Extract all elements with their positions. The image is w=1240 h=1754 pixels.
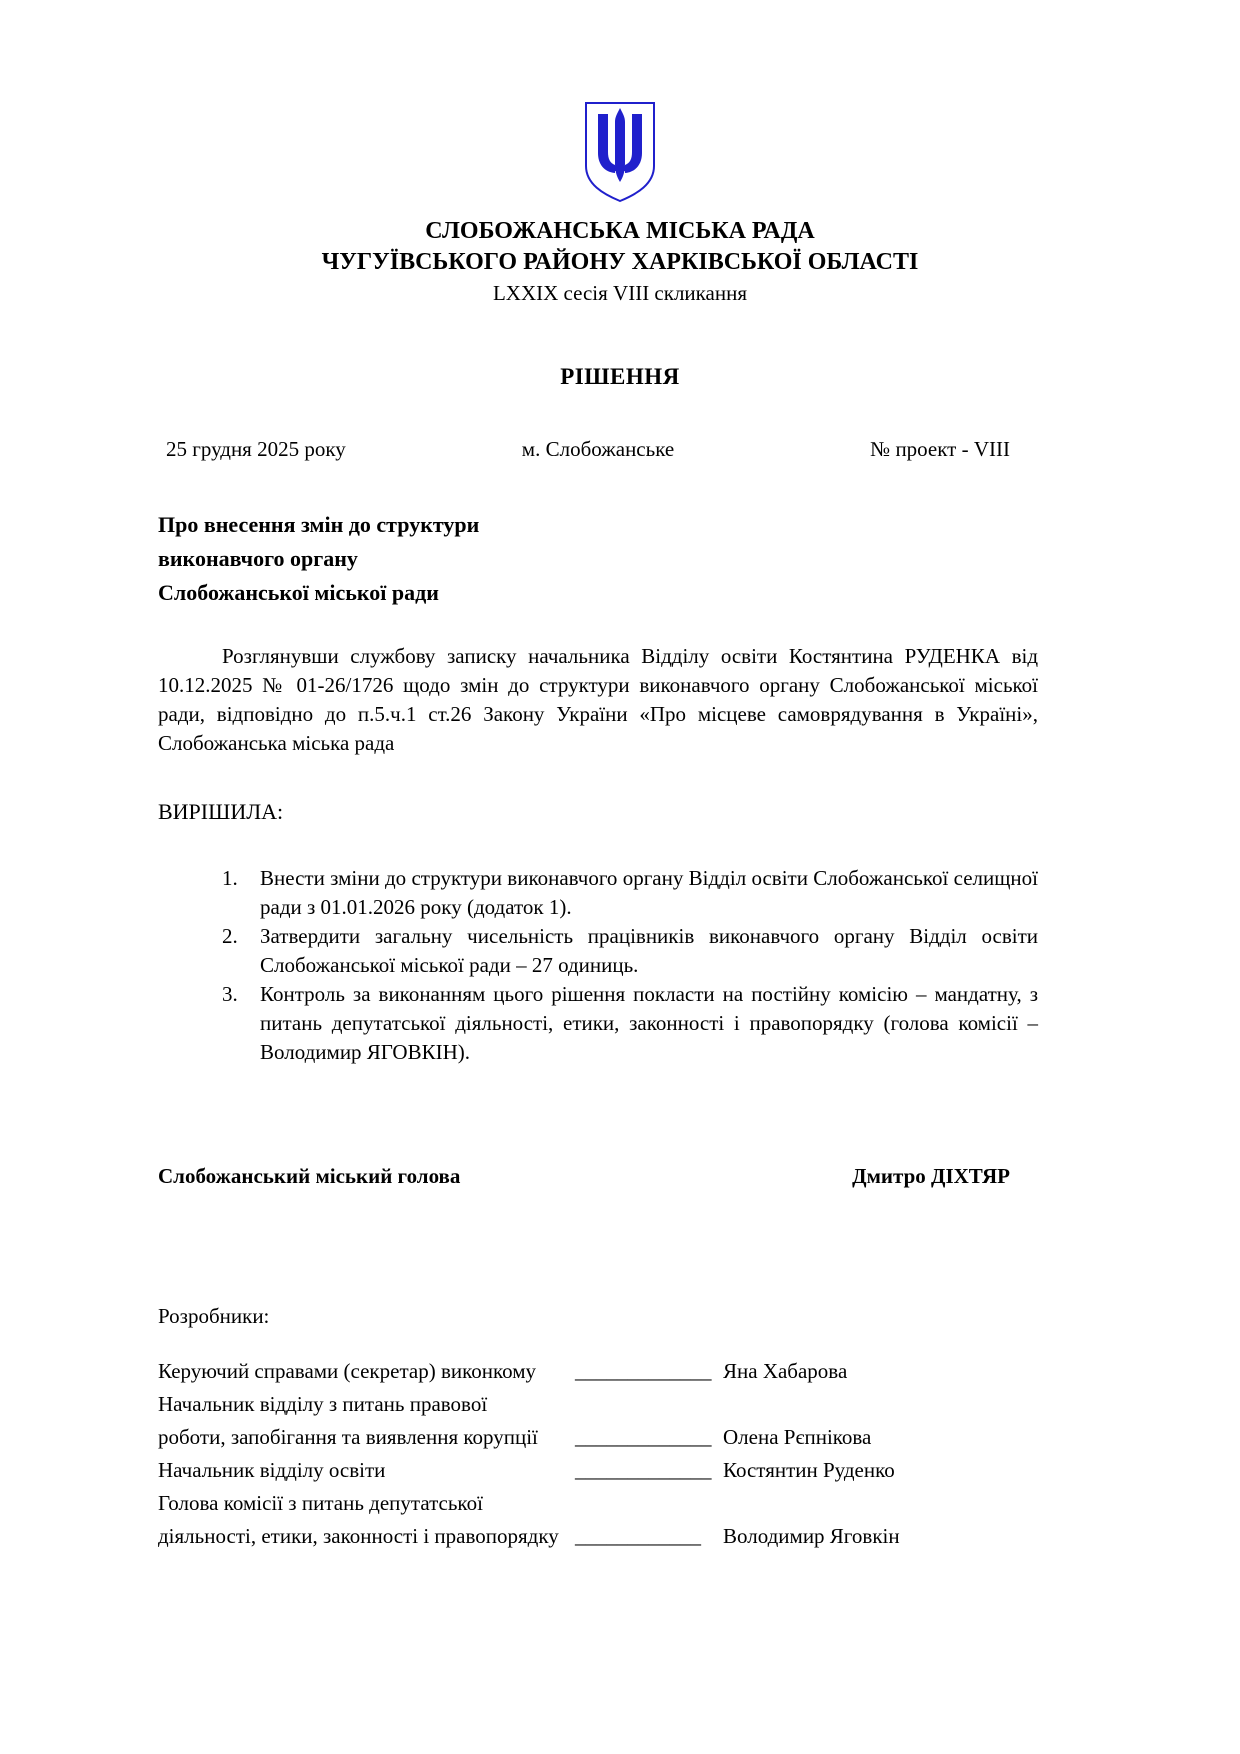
signature-blank-line xyxy=(575,1487,721,1520)
signature-blank-line: ____________ xyxy=(575,1520,721,1553)
signatory-title: Слобожанський міський голова xyxy=(158,1163,460,1189)
developer-name: Костянтин Руденко xyxy=(721,1454,1240,1487)
developer-row: Начальник відділу освіти _____________ К… xyxy=(158,1454,1240,1487)
developer-role: Начальник відділу з питань правової xyxy=(158,1388,575,1421)
subject-line-2: виконавчого органу xyxy=(158,542,1038,576)
signature-blank-line: _____________ xyxy=(575,1454,721,1487)
developer-name: Володимир Яговкін xyxy=(721,1520,1240,1553)
subject-line-3: Слобожанської міської ради xyxy=(158,576,1038,610)
document-type-title: РІШЕННЯ xyxy=(0,364,1240,390)
developer-row: Голова комісії з питань депутатської xyxy=(158,1487,1240,1520)
subject-line-1: Про внесення змін до структури xyxy=(158,508,1038,542)
item-number: 1. xyxy=(222,864,260,922)
developer-name xyxy=(721,1487,1240,1520)
document-header: СЛОБОЖАНСЬКА МІСЬКА РАДА ЧУГУЇВСЬКОГО РА… xyxy=(0,216,1240,308)
developer-role: Голова комісії з питань депутатської xyxy=(158,1487,575,1520)
document-page: СЛОБОЖАНСЬКА МІСЬКА РАДА ЧУГУЇВСЬКОГО РА… xyxy=(0,0,1240,1754)
item-number: 3. xyxy=(222,980,260,1067)
signature-row: Слобожанський міський голова Дмитро ДІХТ… xyxy=(158,1163,1010,1189)
council-name: СЛОБОЖАНСЬКА МІСЬКА РАДА xyxy=(0,216,1240,247)
developers-heading: Розробники: xyxy=(158,1303,1240,1329)
decision-word: ВИРІШИЛА: xyxy=(158,798,1240,826)
developer-role: Керуючий справами (секретар) виконкому xyxy=(158,1355,575,1388)
item-text: Затвердити загальну чисельність працівни… xyxy=(260,922,1038,980)
developer-row: Керуючий справами (секретар) виконкому _… xyxy=(158,1355,1240,1388)
item-text: Контроль за виконанням цього рішення пок… xyxy=(260,980,1038,1067)
developer-name: Олена Рєпнікова xyxy=(721,1421,1240,1454)
subject-block: Про внесення змін до структури виконавчо… xyxy=(158,508,1038,610)
signatory-name: Дмитро ДІХТЯР xyxy=(852,1163,1010,1189)
developer-row: Начальник відділу з питань правової xyxy=(158,1388,1240,1421)
signature-blank-line: _____________ xyxy=(575,1355,721,1388)
developer-row: роботи, запобігання та виявлення корупці… xyxy=(158,1421,1240,1454)
signature-blank-line: _____________ xyxy=(575,1421,721,1454)
resolution-items: 1. Внести зміни до структури виконавчого… xyxy=(158,864,1038,1067)
developer-role: Начальник відділу освіти xyxy=(158,1454,575,1487)
document-number: № проект - VIII xyxy=(674,436,1038,462)
preamble-paragraph: Розглянувши службову записку начальника … xyxy=(158,642,1038,758)
session-line: LXXIX сесія VIII скликання xyxy=(0,278,1240,308)
document-place: м. Слобожанське xyxy=(522,436,674,462)
developer-row: діяльності, етики, законності і правопор… xyxy=(158,1520,1240,1553)
item-text: Внести зміни до структури виконавчого ор… xyxy=(260,864,1038,922)
developers-list: Керуючий справами (секретар) виконкому _… xyxy=(158,1355,1240,1553)
meta-row: 25 грудня 2025 року м. Слобожанське № пр… xyxy=(158,436,1038,462)
resolution-item: 2. Затвердити загальну чисельність праці… xyxy=(222,922,1038,980)
district-region-name: ЧУГУЇВСЬКОГО РАЙОНУ ХАРКІВСЬКОЇ ОБЛАСТІ xyxy=(0,247,1240,278)
resolution-item: 3. Контроль за виконанням цього рішення … xyxy=(222,980,1038,1067)
developer-name xyxy=(721,1388,1240,1421)
developer-role: роботи, запобігання та виявлення корупці… xyxy=(158,1421,575,1454)
developer-role: діяльності, етики, законності і правопор… xyxy=(158,1520,575,1553)
item-number: 2. xyxy=(222,922,260,980)
developer-name: Яна Хабарова xyxy=(721,1355,1240,1388)
ukraine-trident-emblem-icon xyxy=(581,100,659,204)
resolution-item: 1. Внести зміни до структури виконавчого… xyxy=(222,864,1038,922)
document-date: 25 грудня 2025 року xyxy=(158,436,522,462)
signature-blank-line xyxy=(575,1388,721,1421)
